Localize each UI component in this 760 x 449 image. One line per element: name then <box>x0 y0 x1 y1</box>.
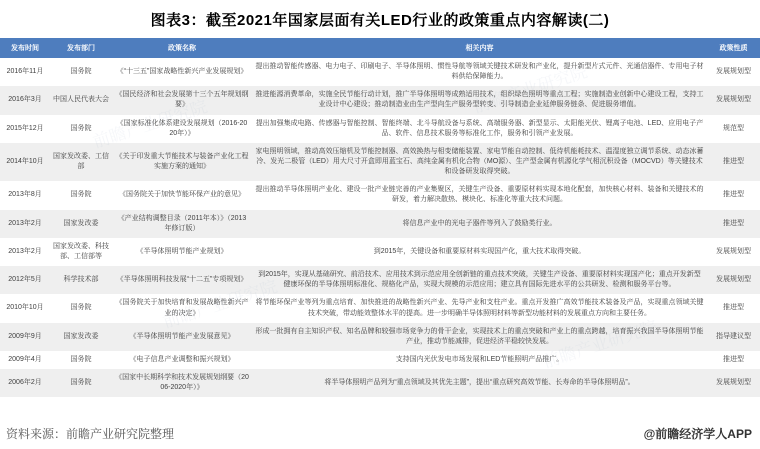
cell-nature: 发展规划型 <box>707 58 760 86</box>
figure-footer: 资料来源：前瞻产业研究院整理 @前瞻经济学人APP <box>0 425 760 442</box>
source-note: 资料来源：前瞻产业研究院整理 <box>6 425 174 442</box>
col-header-date: 发布时间 <box>0 38 50 58</box>
cell-department: 国家发改委、工信部 <box>50 143 112 181</box>
table-row: 2013年2月 国家发改委 《产业结构调整目录（2011年本）》（2013年修订… <box>0 210 760 238</box>
table-header-row: 发布时间 发布部门 政策名称 相关内容 政策性质 <box>0 38 760 58</box>
cell-policy: 《半导体照明节能产业发展意见》 <box>112 323 252 351</box>
col-header-policy: 政策名称 <box>112 38 252 58</box>
cell-content: 支持国内光伏发电市场发展和LED节能照明产品推广。 <box>252 351 707 369</box>
policy-table: 发布时间 发布部门 政策名称 相关内容 政策性质 2016年11月 国务院 《“… <box>0 38 760 397</box>
cell-date: 2009年9月 <box>0 323 50 351</box>
cell-policy: 《半导体照明科技发展“十二五”专项规划》 <box>112 266 252 294</box>
cell-content: 将半导体照明产品列为“重点领域及其优先主题”，提出“重点研究高效节能、长寿命的半… <box>252 369 707 397</box>
report-figure: 图表3：截至2021年国家层面有关LED行业的政策重点内容解读(二) 前瞻产业研… <box>0 0 760 449</box>
cell-department: 国务院 <box>50 115 112 143</box>
cell-department: 国务院 <box>50 369 112 397</box>
brand-note: @前瞻经济学人APP <box>644 425 752 442</box>
col-header-nature: 政策性质 <box>707 38 760 58</box>
cell-department: 国家发改委 <box>50 323 112 351</box>
cell-date: 2006年2月 <box>0 369 50 397</box>
cell-nature: 推进型 <box>707 143 760 181</box>
cell-department: 国务院 <box>50 181 112 209</box>
cell-date: 2016年3月 <box>0 86 50 114</box>
cell-content: 将节能环保产业等列为重点培育、加快推进的战略性新兴产业、先导产业和支柱产业。重点… <box>252 294 707 322</box>
cell-policy: 《半导体照明节能产业规划》 <box>112 238 252 266</box>
cell-department: 国务院 <box>50 351 112 369</box>
table-row: 2013年2月 国家发改委、科技部、工信部等 《半导体照明节能产业规划》 到20… <box>0 238 760 266</box>
cell-policy: 《“十三五”国家战略性新兴产业发展规划》 <box>112 58 252 86</box>
cell-nature: 发展规划型 <box>707 86 760 114</box>
table-row: 2009年4月 国务院 《电子信息产业调整和振兴规划》 支持国内光伏发电市场发展… <box>0 351 760 369</box>
cell-nature: 发展规划型 <box>707 369 760 397</box>
cell-nature: 指导建议型 <box>707 323 760 351</box>
cell-department: 国务院 <box>50 58 112 86</box>
cell-date: 2010年10月 <box>0 294 50 322</box>
cell-date: 2012年5月 <box>0 266 50 294</box>
cell-department: 科学技术部 <box>50 266 112 294</box>
cell-content: 提出加强集成电路、传感器与智能控制、智能终端、北斗导航设备与系统、高端服务器、新… <box>252 115 707 143</box>
cell-policy: 《产业结构调整目录（2011年本）》（2013年修订版） <box>112 210 252 238</box>
table-row: 2013年8月 国务院 《国务院关于加快节能环保产业的意见》 提出推动半导体照明… <box>0 181 760 209</box>
cell-content: 提出推动半导体照明产业化、建设一批产业链完善的产业集聚区，关键生产设备、重要原材… <box>252 181 707 209</box>
cell-nature: 推进型 <box>707 294 760 322</box>
cell-policy: 《国家标准化体系建设发展规划（2016-2020年）》 <box>112 115 252 143</box>
cell-department: 国家发改委、科技部、工信部等 <box>50 238 112 266</box>
cell-content: 到2015年，实现从基础研究、前沿技术、应用技术到示范应用全创新链的重点技术突破… <box>252 266 707 294</box>
cell-date: 2014年10月 <box>0 143 50 181</box>
cell-policy: 《电子信息产业调整和振兴规划》 <box>112 351 252 369</box>
cell-date: 2013年2月 <box>0 238 50 266</box>
cell-date: 2016年11月 <box>0 58 50 86</box>
cell-date: 2013年8月 <box>0 181 50 209</box>
cell-content: 到2015年，关键设备和重要原材料实现国产化，重大技术取得突破。 <box>252 238 707 266</box>
cell-nature: 发展规划型 <box>707 266 760 294</box>
cell-nature: 发展规划型 <box>707 238 760 266</box>
table-row: 2009年9月 国家发改委 《半导体照明节能产业发展意见》 形成一批拥有自主知识… <box>0 323 760 351</box>
table-row: 2015年12月 国务院 《国家标准化体系建设发展规划（2016-2020年）》… <box>0 115 760 143</box>
cell-date: 2015年12月 <box>0 115 50 143</box>
cell-content: 家电照明领域，推动高效压缩机及节能控制器、高效换热与相变储能装置、家电节能自动控… <box>252 143 707 181</box>
cell-policy: 《国家中长期科学和技术发展规划纲要（2006-2020年）》 <box>112 369 252 397</box>
cell-date: 2009年4月 <box>0 351 50 369</box>
table-row: 2010年10月 国务院 《国务院关于加快培育和发展战略性新兴产业的决定》 将节… <box>0 294 760 322</box>
cell-policy: 《国务院关于加快培育和发展战略性新兴产业的决定》 <box>112 294 252 322</box>
cell-policy: 《国务院关于加快节能环保产业的意见》 <box>112 181 252 209</box>
cell-nature: 推进型 <box>707 210 760 238</box>
table-row: 2012年5月 科学技术部 《半导体照明科技发展“十二五”专项规划》 到2015… <box>0 266 760 294</box>
cell-department: 国家发改委 <box>50 210 112 238</box>
page-title: 图表3：截至2021年国家层面有关LED行业的政策重点内容解读(二) <box>0 0 760 30</box>
col-header-content: 相关内容 <box>252 38 707 58</box>
table-row: 2016年3月 中国人民代表大会 《国民经济和社会发展第十三个五年规划纲要》 推… <box>0 86 760 114</box>
cell-nature: 推进型 <box>707 181 760 209</box>
cell-date: 2013年2月 <box>0 210 50 238</box>
cell-content: 提出推动智能传感器、电力电子、印刷电子、半导体照明、惯性导航等领域关键技术研发和… <box>252 58 707 86</box>
cell-department: 国务院 <box>50 294 112 322</box>
cell-nature: 规范型 <box>707 115 760 143</box>
table-row: 2006年2月 国务院 《国家中长期科学和技术发展规划纲要（2006-2020年… <box>0 369 760 397</box>
cell-content: 推进能源消费革命，实施全民节能行动计划，推广半导体照明等成熟适用技术，组织绿色照… <box>252 86 707 114</box>
cell-nature: 推进型 <box>707 351 760 369</box>
cell-department: 中国人民代表大会 <box>50 86 112 114</box>
table-row: 2014年10月 国家发改委、工信部 《关于印发重大节能技术与装备产业化工程实施… <box>0 143 760 181</box>
cell-policy: 《国民经济和社会发展第十三个五年规划纲要》 <box>112 86 252 114</box>
cell-content: 将信息产业中的光电子器件等列入了鼓励类行业。 <box>252 210 707 238</box>
cell-content: 形成一批拥有自主知识产权、知名品牌和较强市场竞争力的骨干企业，实现技术上的重点突… <box>252 323 707 351</box>
table-row: 2016年11月 国务院 《“十三五”国家战略性新兴产业发展规划》 提出推动智能… <box>0 58 760 86</box>
cell-policy: 《关于印发重大节能技术与装备产业化工程实施方案的通知》 <box>112 143 252 181</box>
col-header-department: 发布部门 <box>50 38 112 58</box>
